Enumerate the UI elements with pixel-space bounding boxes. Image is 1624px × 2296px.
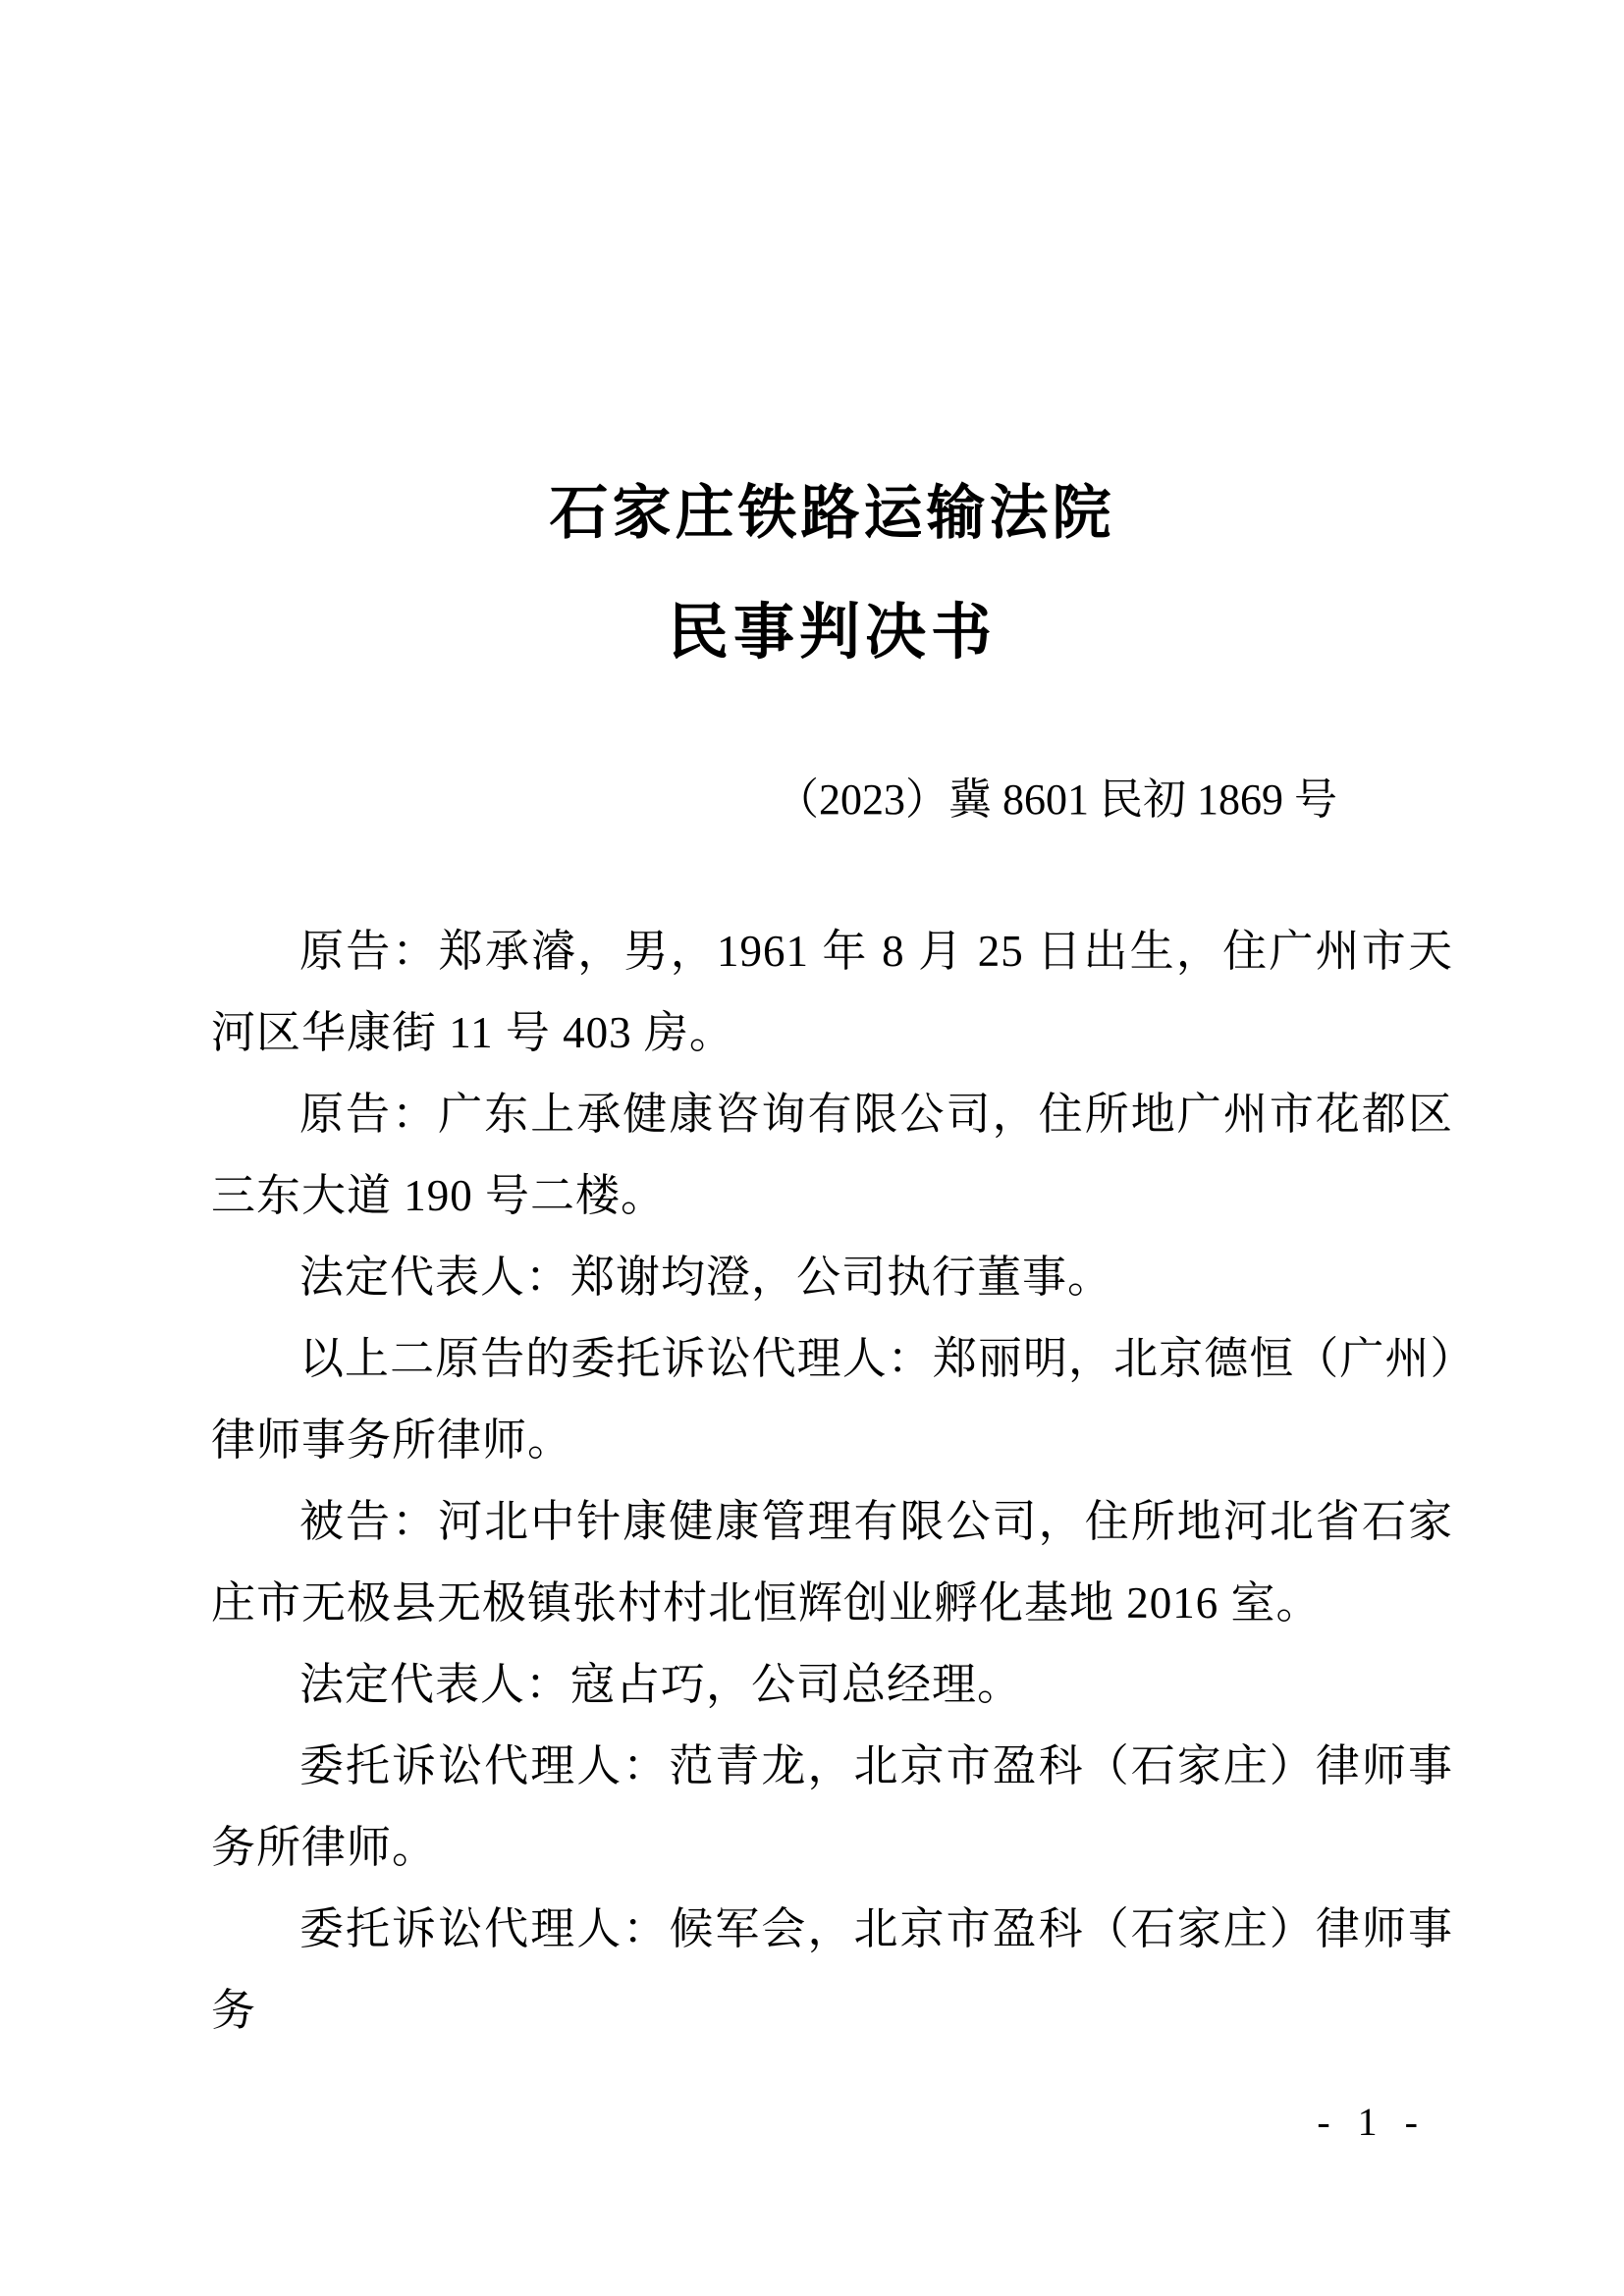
document-title: 民事判决书: [211, 599, 1453, 667]
court-name-heading: 石家庄铁路运输法院: [211, 479, 1453, 548]
page-number: - 1 -: [1317, 2099, 1420, 2146]
paragraph-defendant-attorney-1: 委托诉讼代理人：范青龙，北京市盈科（石家庄）律师事务所律师。: [211, 1726, 1453, 1889]
paragraph-plaintiffs-attorney: 以上二原告的委托诉讼代理人：郑丽明，北京德恒（广州）律师事务所律师。: [211, 1318, 1453, 1481]
paragraph-defendant: 被告：河北中针康健康管理有限公司，住所地河北省石家庄市无极县无极镇张村村北恒辉创…: [211, 1481, 1453, 1644]
paragraph-defendant-attorney-2: 委托诉讼代理人：候军会，北京市盈科（石家庄）律师事务: [211, 1889, 1453, 2052]
paragraph-plaintiff-1: 原告：郑承濬，男，1961 年 8 月 25 日出生，住广州市天河区华康街 11…: [211, 911, 1453, 1074]
judgment-body: 原告：郑承濬，男，1961 年 8 月 25 日出生，住广州市天河区华康街 11…: [211, 911, 1453, 2052]
judgment-document-page: 石家庄铁路运输法院 民事判决书 （2023）冀 8601 民初 1869 号 原…: [0, 0, 1624, 2296]
paragraph-legal-representative-plaintiff: 法定代表人：郑谢均澄，公司执行董事。: [211, 1237, 1453, 1318]
paragraph-plaintiff-2: 原告：广东上承健康咨询有限公司，住所地广州市花都区三东大道 190 号二楼。: [211, 1074, 1453, 1237]
case-number: （2023）冀 8601 民初 1869 号: [211, 772, 1453, 828]
paragraph-legal-representative-defendant: 法定代表人：寇占巧，公司总经理。: [211, 1644, 1453, 1726]
